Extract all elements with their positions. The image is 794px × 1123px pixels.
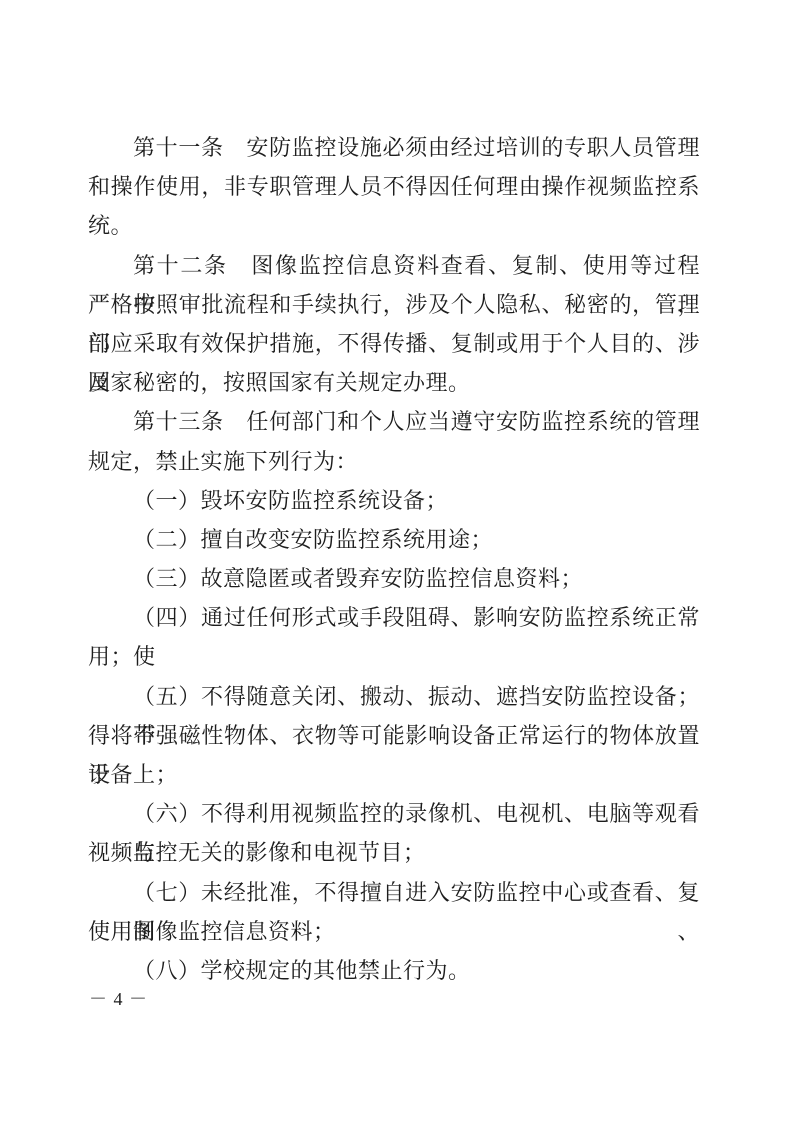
text-line-item-6: （六）不得利用视频监控的录像机、电视机、电脑等观看与 bbox=[88, 794, 700, 833]
document-body: 第十一条 安防监控设施必须由经过培训的专职人员管理 和操作使用，非专职管理人员不… bbox=[88, 128, 700, 990]
text-line-item-8: （八）学校规定的其他禁止行为。 bbox=[88, 951, 700, 990]
text-line-item-5: （五）不得随意关闭、搬动、振动、遮挡安防监控设备；不 bbox=[88, 677, 700, 716]
text-line: 统。 bbox=[88, 206, 700, 245]
text-line: 规定，禁止实施下列行为： bbox=[88, 442, 700, 481]
text-line: 严格按照审批流程和手续执行，涉及个人隐私、秘密的，管理部 bbox=[88, 285, 700, 324]
text-line-article-11: 第十一条 安防监控设施必须由经过培训的专职人员管理 bbox=[88, 128, 700, 167]
text-line-article-12: 第十二条 图像监控信息资料查看、复制、使用等过程中， bbox=[88, 246, 700, 285]
text-line-item-7: （七）未经批准，不得擅自进入安防监控中心或查看、复制、 bbox=[88, 873, 700, 912]
text-line: 得将带强磁性物体、衣物等可能影响设备正常运行的物体放置于 bbox=[88, 716, 700, 755]
page-number: － 4 － bbox=[89, 988, 148, 1010]
text-line: 门应采取有效保护措施，不得传播、复制或用于个人目的、涉及 bbox=[88, 324, 700, 363]
text-line-item-4: （四）通过任何形式或手段阻碍、影响安防监控系统正常使 bbox=[88, 598, 700, 637]
text-line: 视频监控无关的影像和电视节目； bbox=[88, 833, 700, 872]
text-line-item-3: （三）故意隐匿或者毁弃安防监控信息资料； bbox=[88, 559, 700, 598]
text-line-article-13: 第十三条 任何部门和个人应当遵守安防监控系统的管理 bbox=[88, 402, 700, 441]
text-line: 设备上； bbox=[88, 755, 700, 794]
text-line-item-2: （二）擅自改变安防监控系统用途； bbox=[88, 520, 700, 559]
document-page: 第十一条 安防监控设施必须由经过培训的专职人员管理 和操作使用，非专职管理人员不… bbox=[0, 0, 794, 1123]
text-line: 和操作使用，非专职管理人员不得因任何理由操作视频监控系 bbox=[88, 167, 700, 206]
text-line-item-1: （一）毁坏安防监控系统设备； bbox=[88, 481, 700, 520]
text-line: 国家秘密的，按照国家有关规定办理。 bbox=[88, 363, 700, 402]
text-line: 用； bbox=[88, 637, 700, 676]
